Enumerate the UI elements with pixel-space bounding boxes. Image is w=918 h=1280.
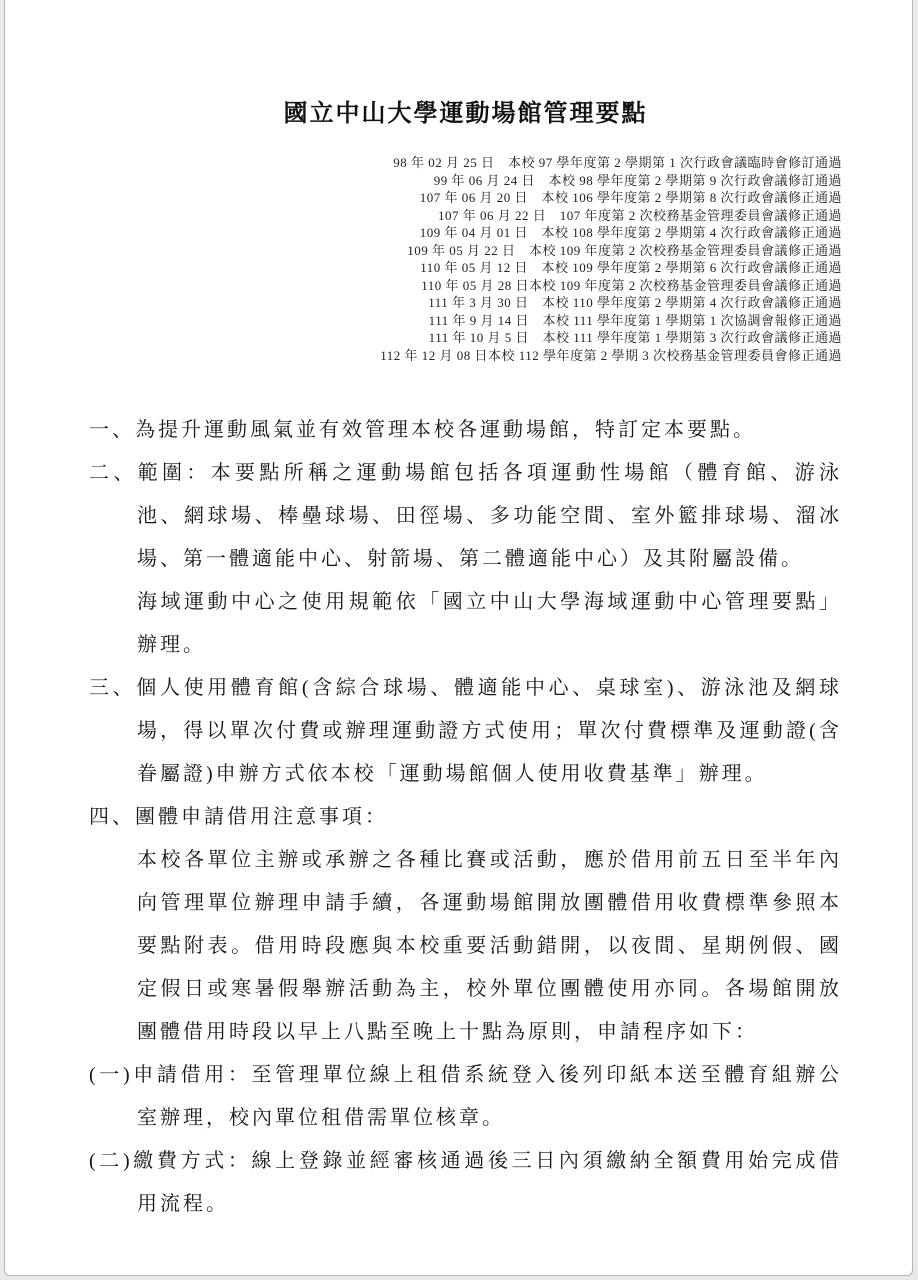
paragraph-text: 範圍：本要點所稱之運動場館包括各項運動性場館（體育館、游泳池、網球場、棒壘球場、… bbox=[137, 462, 842, 570]
revision-entry: 109 年 05 月 22 日 本校 109 年度第 2 次校務基金管理委員會議… bbox=[89, 242, 842, 260]
paragraph: 三、個人使用體育館(含綜合球場、體適能中心、桌球室)、游泳池及網球場，得以單次付… bbox=[89, 667, 842, 796]
paragraph-text: 團體申請借用注意事項： bbox=[135, 806, 388, 828]
revision-history: 98 年 02 月 25 日 本校 97 學年度第 2 學期第 1 次行政會議臨… bbox=[89, 154, 842, 364]
paragraph-text: 個人使用體育館(含綜合球場、體適能中心、桌球室)、游泳池及網球場，得以單次付費或… bbox=[136, 677, 842, 785]
revision-entry: 110 年 05 月 12 日 本校 109 學年度第 2 學期第 6 次行政會… bbox=[89, 259, 842, 277]
paragraph-text: 為提升運動風氣並有效管理本校各運動場館，特訂定本要點。 bbox=[135, 419, 756, 441]
paragraph-text: 繳費方式：線上登錄並經審核通過後三日內須繳納全額費用始完成借用流程。 bbox=[133, 1150, 842, 1215]
revision-entry: 110 年 05 月 28 日本校 109 年度第 2 次校務基金管理委員會議修… bbox=[89, 277, 842, 295]
revision-entry: 107 年 06 月 20 日 本校 106 學年度第 2 學期第 8 次行政會… bbox=[89, 189, 842, 207]
revision-entry: 107 年 06 月 22 日 107 年度第 2 次校務基金管理委員會議修正通… bbox=[89, 207, 842, 225]
revision-entry: 111 年 10 月 5 日 本校 111 學年度第 1 學期第 3 次行政會議… bbox=[89, 329, 842, 347]
paragraph: (二)繳費方式：線上登錄並經審核通過後三日內須繳納全額費用始完成借用流程。 bbox=[89, 1140, 842, 1226]
document-title: 國立中山大學運動場館管理要點 bbox=[89, 99, 842, 129]
paragraph-text: 海域運動中心之使用規範依「國立中山大學海域運動中心管理要點」辦理。 bbox=[137, 591, 842, 656]
document-body: 一、為提升運動風氣並有效管理本校各運動場館，特訂定本要點。 二、範圍：本要點所稱… bbox=[89, 409, 842, 1226]
revision-entry: 109 年 04 月 01 日 本校 108 學年度第 2 學期第 4 次行政會… bbox=[89, 224, 842, 242]
revision-entry: 111 年 9 月 14 日 本校 111 學年度第 1 學期第 1 次協調會報… bbox=[89, 312, 842, 330]
paragraph: 海域運動中心之使用規範依「國立中山大學海域運動中心管理要點」辦理。 bbox=[89, 581, 842, 667]
revision-entry: 98 年 02 月 25 日 本校 97 學年度第 2 學期第 1 次行政會議臨… bbox=[89, 154, 842, 172]
revision-entry: 112 年 12 月 08 日本校 112 學年度第 2 學期 3 次校務基金管… bbox=[89, 347, 842, 365]
document-page: 國立中山大學運動場館管理要點 98 年 02 月 25 日 本校 97 學年度第… bbox=[4, 0, 913, 1276]
paragraph-marker: (一) bbox=[89, 1064, 133, 1086]
paragraph: 本校各單位主辦或承辦之各種比賽或活動，應於借用前五日至半年內向管理單位辦理申請手… bbox=[89, 839, 842, 1054]
paragraph-marker: 一、 bbox=[89, 419, 135, 441]
revision-entry: 111 年 3 月 30 日 本校 110 學年度第 2 學期第 4 次行政會議… bbox=[89, 294, 842, 312]
paragraph-marker: 三、 bbox=[89, 677, 136, 699]
paragraph: 二、範圍：本要點所稱之運動場館包括各項運動性場館（體育館、游泳池、網球場、棒壘球… bbox=[89, 452, 842, 581]
document-viewer: 國立中山大學運動場館管理要點 98 年 02 月 25 日 本校 97 學年度第… bbox=[0, 0, 918, 1280]
paragraph: 四、團體申請借用注意事項： bbox=[89, 796, 842, 839]
paragraph: 一、為提升運動風氣並有效管理本校各運動場館，特訂定本要點。 bbox=[89, 409, 842, 452]
revision-entry: 99 年 06 月 24 日 本校 98 學年度第 2 學期第 9 次行政會議修… bbox=[89, 172, 842, 190]
paragraph-marker: 二、 bbox=[89, 462, 138, 484]
paragraph-marker: (二) bbox=[89, 1150, 133, 1172]
paragraph-marker: 四、 bbox=[89, 806, 135, 828]
document-content: 國立中山大學運動場館管理要點 98 年 02 月 25 日 本校 97 學年度第… bbox=[5, 0, 912, 1226]
paragraph-text: 本校各單位主辦或承辦之各種比賽或活動，應於借用前五日至半年內向管理單位辦理申請手… bbox=[137, 849, 842, 1043]
paragraph: (一)申請借用：至管理單位線上租借系統登入後列印紙本送至體育組辦公室辦理，校內單… bbox=[89, 1054, 842, 1140]
paragraph-text: 申請借用：至管理單位線上租借系統登入後列印紙本送至體育組辦公室辦理，校內單位租借… bbox=[133, 1064, 842, 1129]
